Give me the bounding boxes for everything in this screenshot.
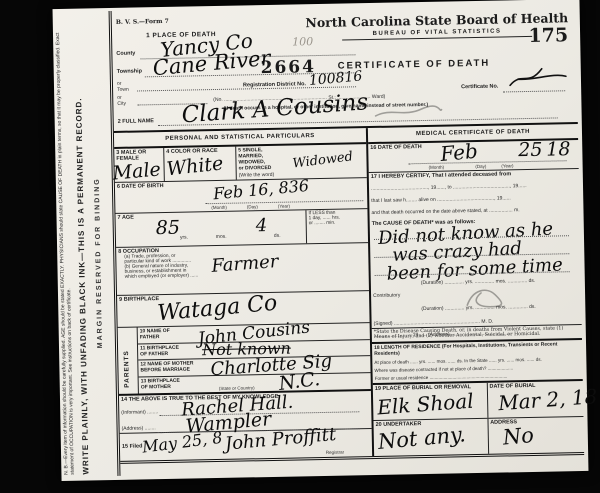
age-less-than-label: If LESS than 1 day, ...... hrs. or .....… [305,209,368,243]
mother-birthplace-sublabel: (State or Country) [219,386,255,392]
personal-column: PERSONAL AND STATISTICAL PARTICULARS 3 M… [114,128,374,461]
dob-sublabels: (Month) (Day) (Year) [211,204,290,211]
burial-place-value: Elk Shoal [376,388,474,419]
marital-note: (Write the word) [239,172,275,179]
form-body: PERSONAL AND STATISTICAL PARTICULARS 3 M… [114,122,584,464]
duration-line2: (Duration) .............. yrs. .........… [421,304,536,312]
certificate-form: B. V. S.—Form 7 1 PLACE OF DEATH North C… [109,2,585,476]
town-label: or Town [117,81,129,93]
margin-note-binding: MARGIN RESERVED FOR BINDING [91,48,104,348]
stray-pen-mark [373,103,443,122]
certificate-no-scribble [508,60,569,91]
signed-line: (Signed) ...............................… [374,319,494,327]
sex-value: Male [112,159,162,185]
full-name-label: 2 FULL NAME [118,118,154,125]
registrar-label: Registrar [326,450,344,455]
medical-column: MEDICAL CERTIFICATE OF DEATH 16 DATE OF … [368,124,584,456]
informant-label: (Informant) ........ [121,409,158,416]
certify-line2: ........................................… [371,182,577,192]
race-value: White [166,153,225,181]
contributory-label: Contributory [373,293,400,300]
date-of-death-year: 18 [546,138,571,160]
age-label: 7 AGE [117,211,303,221]
city-label: or City [117,95,126,107]
township-label: Township [117,68,142,74]
age-days-unit: ds. [274,233,281,239]
date-of-death-day: 25 [518,138,543,160]
dob-value: Feb 16, 836 [212,176,309,203]
residence-line3: Former or usual residence ..............… [375,372,581,381]
pencil-annotation: 100 [292,35,313,48]
certify-line3: that I last saw h........ alive on .....… [371,194,577,204]
filed-label: 15 Filed [122,444,143,450]
age-value: 85 [156,217,181,239]
date-of-death-sublabels: (Month) (Day) (Year) [429,163,514,170]
informant-address-label: (Address) ........ [122,425,156,432]
age-units: yrs. mos. [180,234,227,241]
undertaker-address-value: No [501,423,534,450]
county-label: County [116,51,135,57]
form-number: B. V. S.—Form 7 [116,18,169,26]
dotted-line [503,90,565,92]
parents-label: PARENTS [123,336,131,388]
page-number: 175 [528,24,568,47]
death-certificate-sheet: N. B.—Every item of information should b… [53,0,589,481]
residence-label: 18 LENGTH OF RESIDENCE (For Hospitals, I… [374,341,580,357]
cause-footnote: *State the Disease Causing Death, or, in… [374,326,580,340]
certify-line1: 17 I HEREBY CERTIFY, That I attended dec… [371,170,577,180]
form-header: B. V. S.—Form 7 1 PLACE OF DEATH North C… [112,2,578,131]
age-days-value: 4 [256,215,268,236]
bureau-subtitle: BUREAU OF VITAL STATISTICS [342,28,532,41]
certify-line4: and that death occurred on the date abov… [371,206,577,216]
certificate-no-label: Certificate No. [461,84,498,91]
